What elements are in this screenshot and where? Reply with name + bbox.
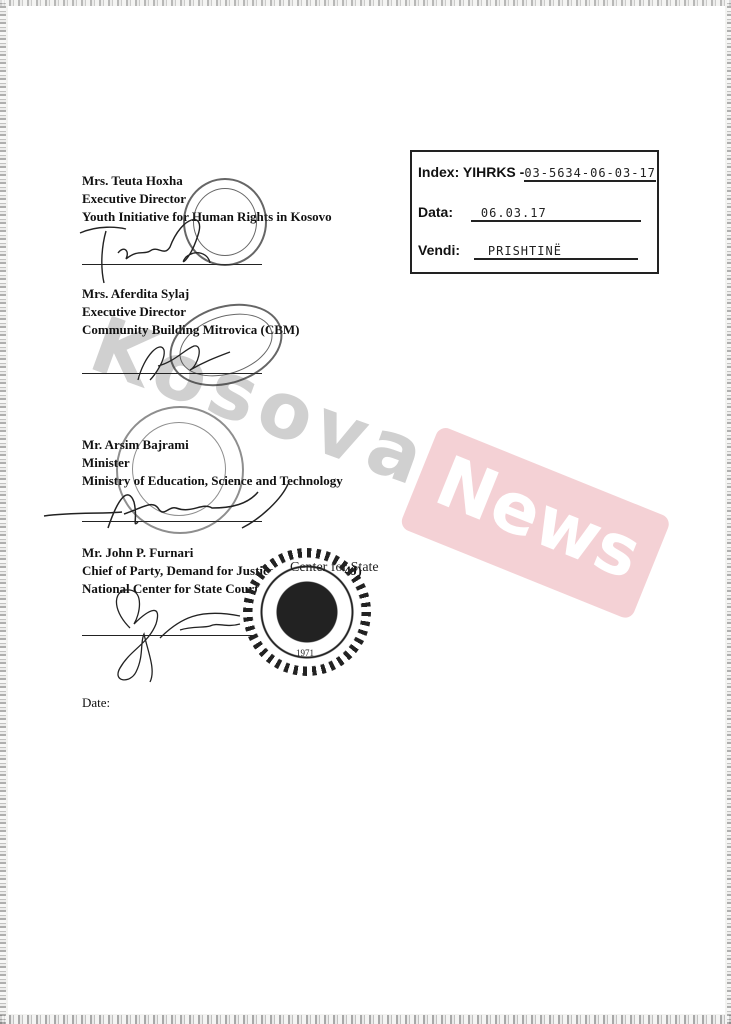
place-row: Vendi: PRISHTINË: [418, 242, 638, 260]
date-row: Data: 06.03.17: [418, 204, 641, 222]
date-label: Date:: [82, 694, 110, 712]
scan-edge-top: [0, 0, 731, 6]
seal-top-text: Center for State: [290, 560, 379, 576]
registry-stamp-box: Index: YIHRKS -03-5634-06-03-17 Data: 06…: [410, 150, 659, 274]
scan-edge-bottom: [0, 1015, 731, 1024]
signature-bajrami-icon: [42, 478, 292, 538]
seal-year: 1971: [296, 648, 314, 658]
place-label: Vendi:: [418, 242, 460, 258]
signatory-name: Mrs. Aferdita Sylaj: [82, 285, 300, 303]
scan-edge-left: [0, 0, 6, 1024]
place-value: PRISHTINË: [474, 244, 638, 260]
date-label: Data:: [418, 204, 453, 220]
index-label: Index: YIHRKS -: [418, 164, 524, 180]
date-value: 06.03.17: [471, 206, 641, 222]
scan-edge-right: [727, 0, 731, 1024]
signature-furnari-icon: [100, 578, 260, 688]
index-row: Index: YIHRKS -03-5634-06-03-17: [418, 164, 656, 182]
signature-hoxha-icon: [78, 205, 238, 285]
signature-sylaj-icon: [134, 336, 244, 386]
date-field: Date:: [82, 694, 110, 712]
index-value: 03-5634-06-03-17: [524, 166, 656, 182]
